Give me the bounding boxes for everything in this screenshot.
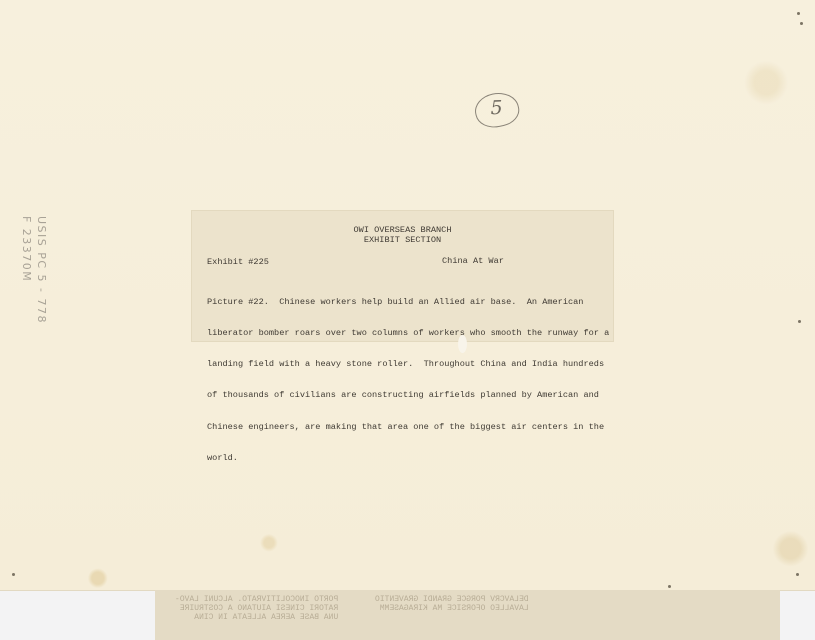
caption-label: OWI OVERSEAS BRANCH EXHIBIT SECTION Exhi… <box>192 211 613 341</box>
pin-mark <box>800 22 803 25</box>
pin-mark <box>668 585 671 588</box>
photo-back-sheet: 5 USIS PC 5 - 778 F 23370M OWI OVERSEAS … <box>0 0 815 591</box>
caption-line: Chinese engineers, are making that area … <box>207 422 607 432</box>
handwritten-circled-number: 5 <box>472 89 522 131</box>
pin-mark <box>12 573 15 576</box>
caption-line: landing field with a heavy stone roller.… <box>207 359 607 369</box>
series-title: China At War <box>442 256 504 266</box>
caption-line: world. <box>207 453 607 463</box>
caption-line: liberator bomber roars over two columns … <box>207 328 607 338</box>
caption-line: Picture #22. Chinese workers help build … <box>207 297 607 307</box>
paper-tear-mark <box>458 335 467 353</box>
pin-mark <box>797 12 800 15</box>
caption-header: OWI OVERSEAS BRANCH EXHIBIT SECTION <box>192 225 613 245</box>
reverse-caption-strip: DELAVCRV PORGCE GRANDI GRAVENTIO LAVALLE… <box>155 590 780 640</box>
pin-mark <box>796 573 799 576</box>
caption-header-line1: OWI OVERSEAS BRANCH <box>192 225 613 235</box>
pin-mark <box>798 320 801 323</box>
mirrored-text-right: PORTO INOCOLITIVRATO. ALCUNI LAVO- RATOR… <box>175 595 338 622</box>
pencil-annotation: USIS PC 5 - 778 F 23370M <box>19 216 49 324</box>
caption-line: of thousands of civilians are constructi… <box>207 390 607 400</box>
circled-number-text: 5 <box>490 97 503 119</box>
exhibit-number: Exhibit #225 <box>207 257 269 267</box>
pencil-annotation-line2: F 23370M <box>19 216 34 324</box>
caption-header-line2: EXHIBIT SECTION <box>192 235 613 245</box>
caption-body: Picture #22. Chinese workers help build … <box>207 276 607 484</box>
pencil-annotation-line1: USIS PC 5 - 778 <box>34 216 49 324</box>
mirrored-text-left: DELAVCRV PORGCE GRANDI GRAVENTIO LAVALLE… <box>375 595 529 613</box>
